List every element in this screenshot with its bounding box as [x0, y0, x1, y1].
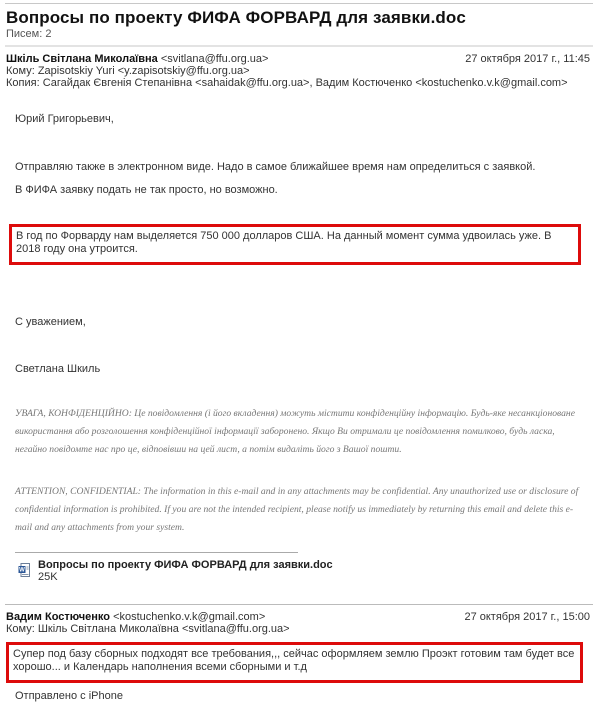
body-paragraph: В ФИФА заявку подать не так просто, но в…: [15, 184, 278, 196]
attachment-size: 25K: [38, 571, 58, 583]
closing: С уважением,: [15, 316, 86, 328]
attachment-name[interactable]: Вопросы по проекту ФИФА ФОРВАРД для заяв…: [38, 559, 333, 571]
sender-name[interactable]: Вадим Костюченко: [6, 611, 110, 623]
sender-name[interactable]: Шкіль Світлана Миколаївна: [6, 53, 158, 65]
highlight-text: В год по Форварду нам выделяется 750 000…: [16, 230, 551, 255]
message-2-header[interactable]: Вадим Костюченко <kostuchenko.v.k@gmail.…: [6, 611, 590, 635]
cc-line: Копия: Сагайдак Євгенія Степанівна <saha…: [6, 77, 590, 89]
word-doc-icon: W: [18, 563, 30, 577]
highlight-text: Супер под базу сборных подходят все треб…: [13, 648, 574, 673]
top-divider: [5, 3, 593, 4]
greeting: Юрий Григорьевич,: [15, 113, 114, 125]
sender-email: <kostuchenko.v.k@gmail.com>: [113, 611, 265, 623]
header-divider: [5, 45, 593, 47]
thread-title: Вопросы по проекту ФИФА ФОРВАРД для заяв…: [6, 8, 466, 28]
message-divider: [5, 604, 593, 605]
highlighted-paragraph: Супер под базу сборных подходят все треб…: [6, 642, 583, 683]
mobile-footer: Отправлено с iPhone: [15, 690, 123, 702]
message-1-header[interactable]: Шкіль Світлана Миколаївна <svitlana@ffu.…: [6, 53, 590, 89]
message-date: 27 октября 2017 г., 15:00: [464, 611, 590, 623]
disclaimer-english: ATTENTION, CONFIDENTIAL: The information…: [15, 483, 585, 537]
highlighted-paragraph: В год по Форварду нам выделяется 750 000…: [9, 224, 581, 265]
message-date: 27 октября 2017 г., 11:45: [465, 53, 590, 65]
body-paragraph: Отправляю также в электронном виде. Надо…: [15, 161, 535, 173]
message-count: Писем: 2: [6, 28, 51, 40]
attachment-divider: [15, 552, 298, 553]
disclaimer-ukrainian: УВАГА, КОНФІДЕНЦІЙНО: Це повідомлення (і…: [15, 405, 585, 459]
signature: Светлана Шкиль: [15, 363, 100, 375]
sender-email: <svitlana@ffu.org.ua>: [161, 53, 269, 65]
to-line: Кому: Zapisotskiy Yuri <y.zapisotskiy@ff…: [6, 65, 590, 77]
to-line: Кому: Шкіль Світлана Миколаївна <svitlan…: [6, 623, 590, 635]
svg-text:W: W: [19, 568, 25, 574]
